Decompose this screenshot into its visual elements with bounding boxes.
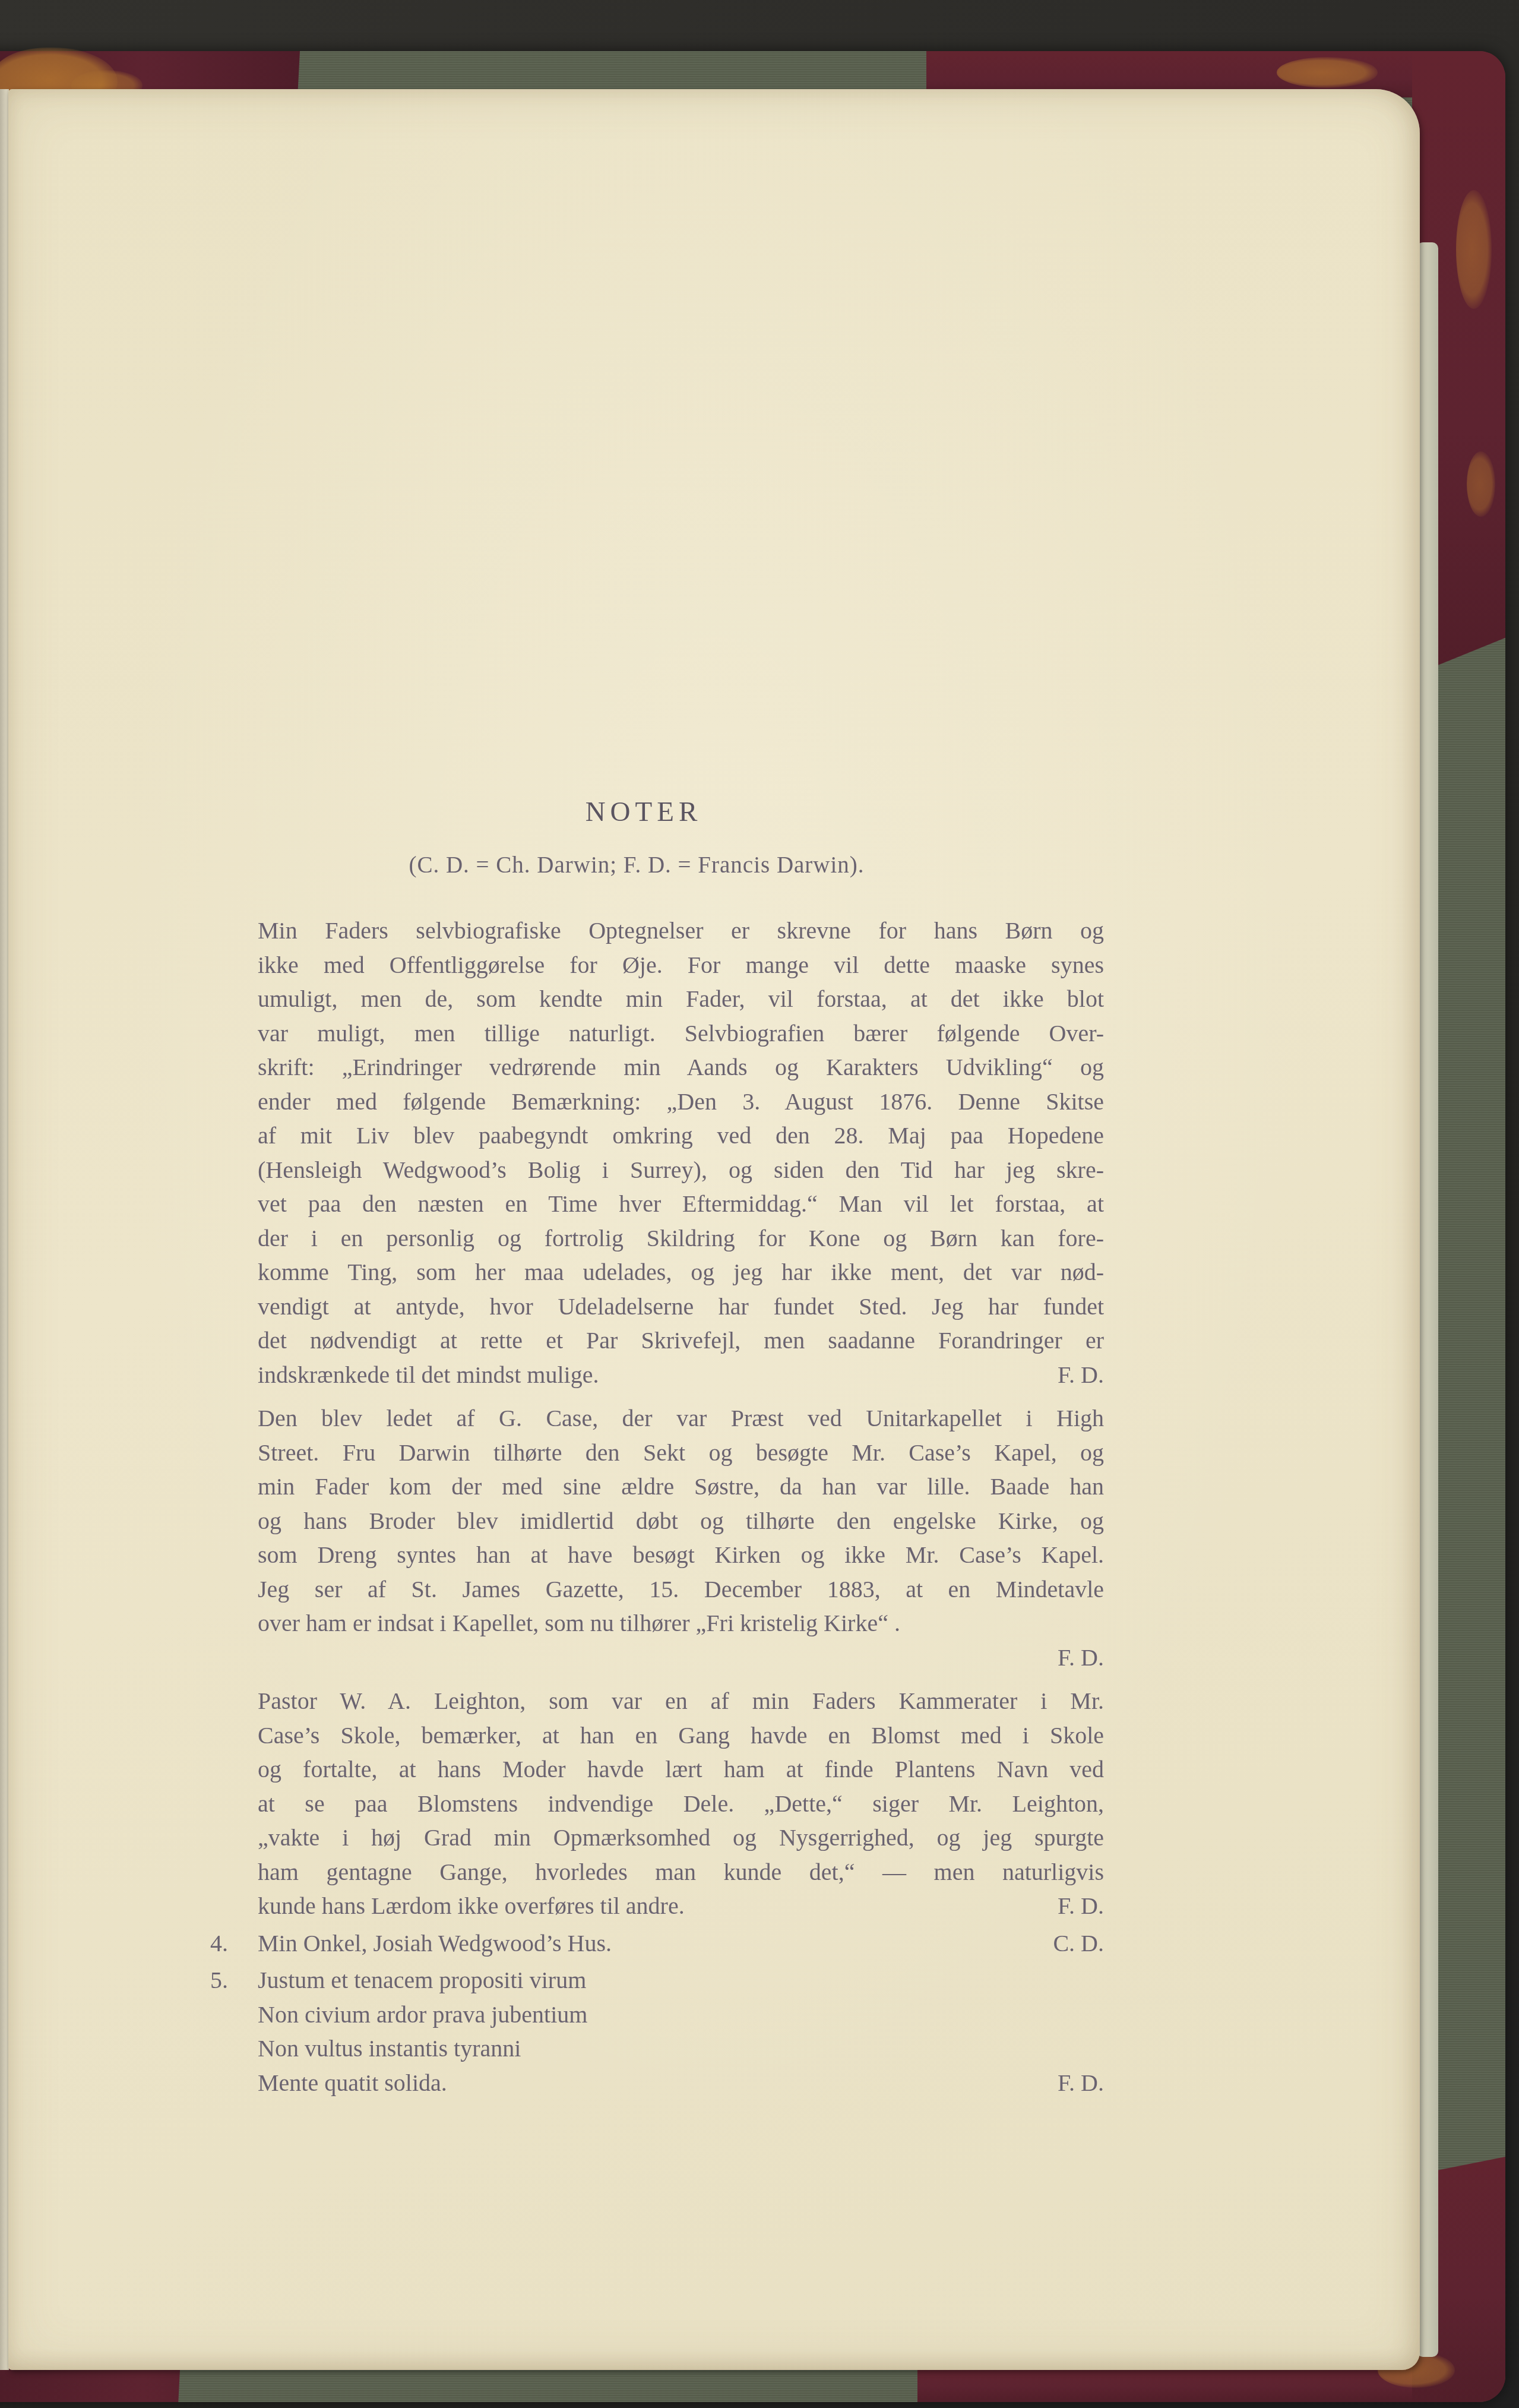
note-line: indskrænkede til det mindst mulige.F. D. (258, 1358, 1104, 1392)
signature-initials: C. D. (1053, 1926, 1104, 1961)
note-line: af mit Liv blev paabegyndt omkring ved d… (258, 1118, 1104, 1153)
scanned-book-page: NOTER (C. D. = Ch. Darwin; F. D. = Franc… (0, 0, 1519, 2408)
note-line-text: skrift: „Erindringer vedrørende min Aand… (258, 1054, 1104, 1080)
note-line-text: min Fader kom der med sine ældre Søstre,… (258, 1473, 1104, 1500)
note-line-text: Min Onkel, Josiah Wedgwood’s Hus. (258, 1926, 612, 1961)
note-line: at se paa Blomstens indvendige Dele. „De… (258, 1787, 1104, 1821)
note-line-text: ender med følgende Bemærkning: „Den 3. A… (258, 1088, 1104, 1115)
note-line: Case’s Skole, bemærker, at han en Gang h… (258, 1718, 1104, 1753)
note-line: over ham er indsat i Kapellet, som nu ti… (258, 1606, 1104, 1641)
note-line-text: ikke med Offentliggørelse for Øje. For m… (258, 952, 1104, 978)
note-line: F. D. (258, 1641, 1104, 1675)
note-line-text: Min Faders selvbiografiske Optegnelser e… (258, 917, 1104, 944)
note-line: vendigt at antyde, hvor Udeladelserne ha… (258, 1290, 1104, 1324)
note-line-text: af mit Liv blev paabegyndt omkring ved d… (258, 1122, 1104, 1149)
note-line: og hans Broder blev imidlertid døbt og t… (258, 1504, 1104, 1538)
note-line: 2.Den blev ledet af G. Case, der var Præ… (258, 1401, 1104, 1436)
note-line-text: indskrænkede til det mindst mulige. (258, 1358, 599, 1392)
note-line-text: kunde hans Lærdom ikke overføres til and… (258, 1889, 685, 1923)
note-line-text: det nødvendigt at rette et Par Skrivefej… (258, 1327, 1104, 1354)
note-line: og fortalte, at hans Moder havde lært ha… (258, 1752, 1104, 1787)
note-number: 5. (210, 1963, 252, 1998)
note-line: som Dreng syntes han at have besøgt Kirk… (258, 1538, 1104, 1572)
note-item: 2.Den blev ledet af G. Case, der var Præ… (258, 1401, 1104, 1674)
note-line: 1.Min Faders selvbiografiske Optegnelser… (258, 914, 1104, 948)
note-line: der i en personlig og fortrolig Skildrin… (258, 1221, 1104, 1256)
note-line-text: var muligt, men tillige naturligt. Selvb… (258, 1020, 1104, 1047)
note-line-text: Non civium ardor prava jubentium (258, 2001, 587, 2028)
note-line: 5.Justum et tenacem propositi virum (258, 1963, 1104, 1998)
note-line-text: Justum et tenacem propositi virum (258, 1967, 586, 1993)
note-line-text: ham gentagne Gange, hvorledes man kunde … (258, 1859, 1104, 1885)
page-stack-edge (1417, 242, 1438, 2357)
note-line: 4.Min Onkel, Josiah Wedgwood’s Hus.C. D. (258, 1926, 1104, 1961)
note-line: kunde hans Lærdom ikke overføres til and… (258, 1889, 1104, 1923)
note-line-text: Mente quatit solida. (258, 2066, 447, 2100)
note-line: „vakte i høj Grad min Opmærksomhed og Ny… (258, 1821, 1104, 1855)
worn-leather-patch (1467, 451, 1495, 517)
note-line: ikke med Offentliggørelse for Øje. For m… (258, 948, 1104, 982)
note-line: ender med følgende Bemærkning: „Den 3. A… (258, 1085, 1104, 1119)
note-item: 4.Min Onkel, Josiah Wedgwood’s Hus.C. D. (258, 1926, 1104, 1961)
note-line: Mente quatit solida.F. D. (258, 2066, 1104, 2100)
note-line: Jeg ser af St. James Gazette, 15. Decemb… (258, 1572, 1104, 1607)
page-edge-left (0, 89, 9, 2370)
note-item: 5.Justum et tenacem propositi virumNon c… (258, 1963, 1104, 2100)
note-line-text: at se paa Blomstens indvendige Dele. „De… (258, 1790, 1104, 1817)
page-subtitle: (C. D. = Ch. Darwin; F. D. = Francis Dar… (8, 852, 1265, 886)
note-line-text: der i en personlig og fortrolig Skildrin… (258, 1225, 1104, 1252)
note-line-text: umuligt, men de, som kendte min Fader, v… (258, 985, 1104, 1012)
note-line-text: Pastor W. A. Leighton, som var en af min… (258, 1688, 1104, 1714)
signature-initials: F. D. (1058, 1889, 1104, 1923)
book-page: NOTER (C. D. = Ch. Darwin; F. D. = Franc… (8, 89, 1420, 2370)
note-line: ham gentagne Gange, hvorledes man kunde … (258, 1855, 1104, 1889)
note-line: Street. Fru Darwin tilhørte den Sekt og … (258, 1436, 1104, 1470)
note-line: 3.Pastor W. A. Leighton, som var en af m… (258, 1684, 1104, 1718)
worn-leather-patch (1456, 190, 1492, 309)
note-line-text: som Dreng syntes han at have besøgt Kirk… (258, 1541, 1104, 1568)
note-number: 4. (210, 1926, 252, 1961)
note-line: var muligt, men tillige naturligt. Selvb… (258, 1016, 1104, 1051)
note-line: Non civium ardor prava jubentium (258, 1998, 1104, 2032)
note-line-text: Street. Fru Darwin tilhørte den Sekt og … (258, 1439, 1104, 1466)
worn-leather-patch (1277, 57, 1378, 88)
notes-list: 1.Min Faders selvbiografiske Optegnelser… (258, 914, 1104, 2100)
signature-initials: F. D. (1058, 1358, 1104, 1392)
note-item: 3.Pastor W. A. Leighton, som var en af m… (258, 1684, 1104, 1923)
note-line: skrift: „Erindringer vedrørende min Aand… (258, 1050, 1104, 1085)
note-line-text: Den blev ledet af G. Case, der var Præst… (258, 1405, 1104, 1431)
page-title: NOTER (8, 796, 1279, 830)
note-line-text: komme Ting, som her maa udelades, og jeg… (258, 1259, 1104, 1285)
note-line-text: over ham er indsat i Kapellet, som nu ti… (258, 1610, 900, 1636)
note-line-text: Non vultus instantis tyranni (258, 2035, 521, 2062)
note-line: komme Ting, som her maa udelades, og jeg… (258, 1255, 1104, 1290)
note-line: det nødvendigt at rette et Par Skrivefej… (258, 1323, 1104, 1358)
note-item: 1.Min Faders selvbiografiske Optegnelser… (258, 914, 1104, 1392)
note-line-text: Jeg ser af St. James Gazette, 15. Decemb… (258, 1576, 1104, 1603)
note-line-text: (Hensleigh Wedgwood’s Bolig i Surrey), o… (258, 1156, 1104, 1183)
note-line-text: og fortalte, at hans Moder havde lært ha… (258, 1756, 1104, 1783)
note-line-text: vet paa den næsten en Time hver Eftermid… (258, 1190, 1104, 1217)
note-line-text: vendigt at antyde, hvor Udeladelserne ha… (258, 1293, 1104, 1320)
note-line-text: og hans Broder blev imidlertid døbt og t… (258, 1508, 1104, 1534)
note-line: Non vultus instantis tyranni (258, 2031, 1104, 2066)
signature-initials: F. D. (1058, 1641, 1104, 1675)
note-line: min Fader kom der med sine ældre Søstre,… (258, 1470, 1104, 1504)
note-line: (Hensleigh Wedgwood’s Bolig i Surrey), o… (258, 1153, 1104, 1187)
note-line-text: Case’s Skole, bemærker, at han en Gang h… (258, 1722, 1104, 1749)
note-line: vet paa den næsten en Time hver Eftermid… (258, 1187, 1104, 1221)
note-line: umuligt, men de, som kendte min Fader, v… (258, 982, 1104, 1016)
note-line-text: „vakte i høj Grad min Opmærksomhed og Ny… (258, 1824, 1104, 1851)
signature-initials: F. D. (1058, 2066, 1104, 2100)
